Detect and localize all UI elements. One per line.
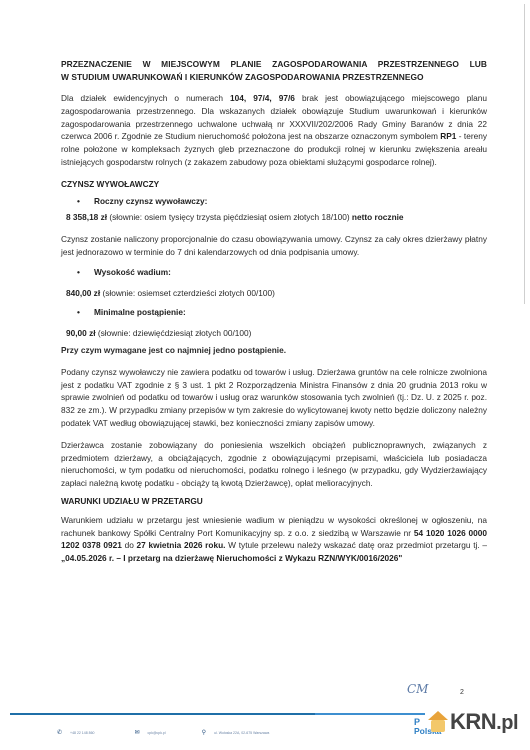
bullet-label: Wysokość wadium: [94, 266, 171, 279]
zoning-paragraph: Dla działek ewidencyjnych o numerach 104… [61, 92, 487, 169]
amount-words: (słownie: osiem tysięcy trzysta pięćdzie… [107, 212, 352, 222]
krn-watermark: KRN.pl [428, 709, 518, 735]
vat-note: Podany czynsz wywoławczy nie zawiera pod… [61, 366, 487, 430]
footer-contact: ✆+48 22 148 860 ✉cpk@cpk.pl ⚲ul. Wołoska… [57, 729, 287, 736]
title-line-1: PRZEZNACZENIE W MIEJSCOWYM PLANIE ZAGOSP… [61, 58, 487, 71]
section-heading-rent: CZYNSZ WYWOŁAWCZY [61, 178, 487, 191]
footer-divider [10, 713, 315, 715]
section-heading-conditions: WARUNKI UDZIAŁU W PRZETARGU [61, 495, 487, 508]
phone-text: +48 22 148 860 [70, 731, 94, 735]
map-pin-icon: ⚲ [202, 729, 206, 736]
title-line-2: W STUDIUM UWARUNKOWAŃ I KIERUNKÓW ZAGOSP… [61, 72, 424, 82]
signature-initials: CM [407, 682, 428, 696]
parcel-numbers: 104, 97/4, 97/6 [230, 93, 295, 103]
envelope-icon: ✉ [134, 729, 139, 736]
page-number: 2 [460, 689, 464, 696]
payment-note: Czynsz zostanie naliczony proporcjonalni… [61, 233, 487, 259]
bullet-label: Minimalne postąpienie: [94, 306, 186, 319]
footer-divider-accent [315, 713, 425, 715]
footer-phone: ✆+48 22 148 860 [57, 729, 94, 736]
zone-symbol: RP1 [440, 131, 456, 141]
min-bid-note: Przy czym wymagane jest co najmniej jedn… [61, 344, 487, 357]
annual-rent-value: 8 358,18 zł (słownie: osiem tysięcy trzy… [66, 211, 487, 224]
text: do [122, 540, 137, 550]
deposit-deadline: 27 kwietnia 2026 roku. [137, 540, 226, 550]
footer-email: ✉cpk@cpk.pl [134, 729, 165, 736]
footer-address: ⚲ul. Wołoska 22A, 02-675 Warszawa [202, 729, 270, 736]
amount: 8 358,18 zł [66, 212, 107, 222]
bullet-label: Roczny czynsz wywoławczy: [94, 195, 207, 208]
bullet-min-bid: •Minimalne postąpienie: [77, 306, 487, 319]
amount: 90,00 zł [66, 328, 96, 338]
watermark-text: KRN [450, 709, 496, 734]
phone-icon: ✆ [57, 729, 62, 736]
document-page: PRZEZNACZENIE W MIEJSCOWYM PLANIE ZAGOSP… [61, 58, 487, 565]
conditions-paragraph: Warunkiem udziału w przetargu jest wnies… [61, 514, 487, 565]
transfer-title: „04.05.2026 r. – I przetarg na dzierżawę… [61, 553, 402, 563]
house-icon [428, 711, 448, 733]
bullet-annual-rent: •Roczny czynsz wywoławczy: [77, 195, 487, 208]
email-text: cpk@cpk.pl [148, 731, 166, 735]
deposit-value: 840,00 zł (słownie: osiemset czterdzieśc… [66, 287, 487, 300]
amount-words: (słownie: osiemset czterdzieści złotych … [100, 288, 275, 298]
text: W tytule przelewu należy wskazać datę or… [225, 540, 487, 550]
section-title-zoning: PRZEZNACZENIE W MIEJSCOWYM PLANIE ZAGOSP… [61, 58, 487, 84]
page-edge-line [524, 4, 525, 304]
address-text: ul. Wołoska 22A, 02-675 Warszawa [214, 731, 269, 735]
amount-words: (słownie: dziewięćdziesiąt złotych 00/10… [96, 328, 252, 338]
obligations-note: Dzierżawca zostanie zobowiązany do ponie… [61, 439, 487, 490]
bullet-icon: • [77, 195, 94, 208]
amount-suffix: netto rocznie [352, 212, 404, 222]
bullet-icon: • [77, 306, 94, 319]
amount: 840,00 zł [66, 288, 100, 298]
text: Dla działek ewidencyjnych o numerach [61, 93, 230, 103]
min-bid-value: 90,00 zł (słownie: dziewięćdziesiąt złot… [66, 327, 487, 340]
bullet-deposit: •Wysokość wadium: [77, 266, 487, 279]
watermark-suffix: .pl [496, 712, 518, 734]
bullet-icon: • [77, 266, 94, 279]
